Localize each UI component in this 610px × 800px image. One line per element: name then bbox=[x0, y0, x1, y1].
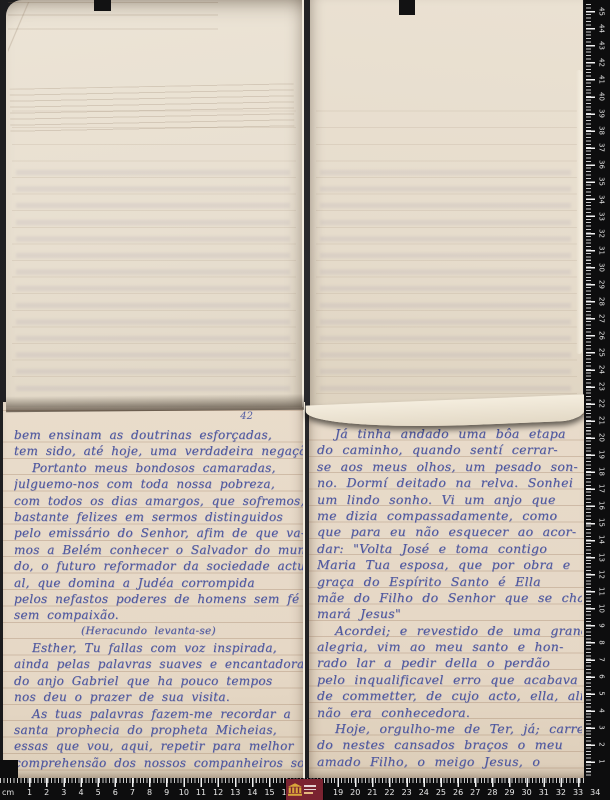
bleedthrough-ghost-text bbox=[16, 170, 290, 395]
ruler-number: 15 bbox=[593, 516, 610, 530]
manuscript-page-42: 42 bem ensinam as doutrinas esforçadas,t… bbox=[3, 402, 305, 778]
manuscript-line: que para eu não esquecer ao acor- bbox=[317, 524, 582, 540]
ruler-number: 1 bbox=[593, 755, 610, 769]
page-gap-notch bbox=[399, 0, 415, 15]
ruler-number: 2 bbox=[593, 738, 610, 752]
manuscript-line: alegria, vim ao meu santo e hon- bbox=[317, 639, 582, 655]
manuscript-line: se aos meus olhos, um pesado son- bbox=[317, 459, 582, 475]
manuscript-line: não era conhecedora. bbox=[317, 705, 582, 721]
manuscript-line: (Heracundo levanta-se) bbox=[14, 625, 303, 641]
ruler-number: 5 bbox=[90, 788, 107, 797]
ruler-number: 17 bbox=[593, 482, 610, 496]
ruler-number: 34 bbox=[587, 788, 604, 797]
ruler-number: 20 bbox=[347, 788, 364, 797]
ruler-number: 15 bbox=[261, 788, 278, 797]
ruler-number: 21 bbox=[364, 788, 381, 797]
ruler-number: 8 bbox=[593, 635, 610, 649]
ruler-number: 22 bbox=[593, 397, 610, 411]
manuscript-line: de commetter, de cujo acto, ella, aliás, bbox=[317, 688, 582, 704]
ruler-number: 25 bbox=[593, 345, 610, 359]
ruler-number: 21 bbox=[593, 414, 610, 428]
vertical-cm-ruler: 4544434241403938373635343332313029282726… bbox=[584, 0, 610, 800]
manuscript-line: graça do Espírito Santo é Ella bbox=[317, 574, 582, 590]
manuscript-page-91: 91 Já tinha andado uma bôa etapado camin… bbox=[309, 408, 584, 778]
manuscript-line: pelo inqualificavel erro que acabava bbox=[317, 672, 582, 688]
manuscript-line: bastante felizes em sermos distinguidos bbox=[14, 510, 303, 526]
ruler-number: 16 bbox=[593, 499, 610, 513]
manuscript-line: Esther, Tu fallas com voz inspirada, bbox=[14, 641, 303, 657]
ruler-number: 11 bbox=[192, 788, 209, 797]
page-curl-shadow bbox=[6, 394, 304, 413]
manuscript-line: nos deu o prazer de sua visita. bbox=[14, 690, 303, 706]
ruler-number: 38 bbox=[593, 124, 610, 138]
manuscript-line: rado lar a pedir della o perdão bbox=[317, 655, 582, 671]
manuscript-line: As tuas palavras fazem-me recordar a bbox=[14, 707, 303, 723]
ruler-number: 29 bbox=[593, 277, 610, 291]
ruler-number: 14 bbox=[593, 533, 610, 547]
manuscript-line: bem ensinam as doutrinas esforçadas, bbox=[14, 428, 303, 444]
ruler-number: 9 bbox=[158, 788, 175, 797]
badge-text-bars bbox=[304, 785, 316, 794]
manuscript-line: mãe do Filho do Senhor que se cha- bbox=[317, 590, 582, 606]
ruler-number: 30 bbox=[518, 788, 535, 797]
ruler-number: 39 bbox=[593, 107, 610, 121]
ruler-number: 32 bbox=[593, 226, 610, 240]
ruler-number: 23 bbox=[593, 380, 610, 394]
ruler-number: 28 bbox=[593, 294, 610, 308]
manuscript-line: do anjo Gabriel que ha pouco tempos bbox=[14, 674, 303, 690]
manuscript-line: me dizia compassadamente, como bbox=[317, 508, 582, 524]
page-number: 42 bbox=[240, 411, 253, 422]
manuscript-line: do nestes cansados braços o meu bbox=[317, 737, 582, 753]
ruler-number: 10 bbox=[593, 601, 610, 615]
ruler-number: 29 bbox=[501, 788, 518, 797]
page-stack-edges bbox=[8, 2, 218, 72]
manuscript-line: dar: "Volta José e toma contigo bbox=[317, 541, 582, 557]
manuscript-line: essas que vou, aqui, repetir para melhor bbox=[14, 739, 303, 755]
ruler-number: 24 bbox=[415, 788, 432, 797]
ruler-number: 27 bbox=[467, 788, 484, 797]
ruler-number: 12 bbox=[210, 788, 227, 797]
ruler-number: 14 bbox=[244, 788, 261, 797]
ruler-number: 18 bbox=[593, 465, 610, 479]
ruler-number: 37 bbox=[593, 141, 610, 155]
ruler-number: 31 bbox=[593, 243, 610, 257]
scanned-notebook: 42 bem ensinam as doutrinas esforçadas,t… bbox=[0, 0, 610, 800]
ruler-number: 27 bbox=[593, 311, 610, 325]
ruler-number: 19 bbox=[593, 448, 610, 462]
page-gap-notch bbox=[94, 0, 111, 11]
ruler-number: 11 bbox=[593, 584, 610, 598]
ruler-number: 12 bbox=[593, 567, 610, 581]
manuscript-line: Portanto meus bondosos camaradas, bbox=[14, 461, 303, 477]
page-verso-left bbox=[6, 0, 304, 407]
ruler-number: 24 bbox=[593, 363, 610, 377]
ruler-number: 31 bbox=[535, 788, 552, 797]
ruler-number: 8 bbox=[141, 788, 158, 797]
manuscript-text: Já tinha andado uma bôa etapado caminho,… bbox=[317, 426, 582, 770]
page-verso-right bbox=[310, 0, 583, 414]
ruler-number: 7 bbox=[124, 788, 141, 797]
ruler-number: 40 bbox=[593, 90, 610, 104]
ruler-number: 33 bbox=[570, 788, 587, 797]
ruler-number: 5 bbox=[593, 686, 610, 700]
manuscript-line: al, que domina a Judéa corrompida bbox=[14, 576, 303, 592]
ruler-number: 45 bbox=[593, 5, 610, 19]
manuscript-line: santa prophecia do propheta Micheias, bbox=[14, 723, 303, 739]
ruler-number: 3 bbox=[55, 788, 72, 797]
ruler-number: 6 bbox=[107, 788, 124, 797]
manuscript-line: mará Jesus" bbox=[317, 606, 582, 622]
ruler-number: 1 bbox=[21, 788, 38, 797]
ruler-number: 19 bbox=[330, 788, 347, 797]
manuscript-line: mos a Belém conhecer o Salvador do mun- bbox=[14, 543, 303, 559]
scan-corner-dark bbox=[0, 760, 18, 778]
ruler-numbers: 4544434241403938373635343332313029282726… bbox=[595, 3, 609, 770]
ruler-number: 6 bbox=[593, 669, 610, 683]
ruler-number: 26 bbox=[450, 788, 467, 797]
manuscript-line: sem compaixão. bbox=[14, 608, 303, 624]
manuscript-line: pelo emissário do Senhor, afim de que va… bbox=[14, 526, 303, 542]
manuscript-line: tem sido, até hoje, uma verdadeira negaç… bbox=[14, 444, 303, 460]
manuscript-line: amado Filho, o meigo Jesus, o bbox=[317, 754, 582, 770]
ruler-number: 36 bbox=[593, 158, 610, 172]
bleedthrough-ghost-text bbox=[320, 170, 571, 395]
manuscript-line: ainda pelas palavras suaves e encantador… bbox=[14, 657, 303, 673]
manuscript-line: Hoje, orgulho-me de Ter, já; carrega- bbox=[317, 721, 582, 737]
manuscript-line: Já tinha andado uma bôa etapa bbox=[317, 426, 582, 442]
ruler-number: 23 bbox=[398, 788, 415, 797]
manuscript-line: julguemo-nos com toda nossa pobreza, bbox=[14, 477, 303, 493]
ruler-number: 13 bbox=[593, 550, 610, 564]
ruler-number: 22 bbox=[381, 788, 398, 797]
ruler-number: 28 bbox=[484, 788, 501, 797]
ruler-number: 25 bbox=[432, 788, 449, 797]
ruler-number: 4 bbox=[72, 788, 89, 797]
ruler-number: 13 bbox=[227, 788, 244, 797]
ruler-number: 2 bbox=[38, 788, 55, 797]
ruler-number: 42 bbox=[593, 56, 610, 70]
ruler-number: 44 bbox=[593, 22, 610, 36]
manuscript-line: do, o futuro reformador da sociedade act… bbox=[14, 559, 303, 575]
ruler-number: 7 bbox=[593, 652, 610, 666]
ruler-number: 43 bbox=[593, 39, 610, 53]
ruler-number: 26 bbox=[593, 328, 610, 342]
ruler-number: 35 bbox=[593, 175, 610, 189]
ruler-number: 20 bbox=[593, 431, 610, 445]
archive-stamp-badge bbox=[286, 779, 323, 800]
manuscript-line: no. Dormí deitado na relva. Sonhei bbox=[317, 475, 582, 491]
ruler-number: 41 bbox=[593, 73, 610, 87]
manuscript-line: do caminho, quando sentí cerrar- bbox=[317, 442, 582, 458]
manuscript-line: com todos os dias amargos, que sofremos, bbox=[14, 494, 303, 510]
building-icon bbox=[288, 783, 302, 796]
ruler-number: 10 bbox=[175, 788, 192, 797]
manuscript-line: pelos nefastos poderes de homens sem fé … bbox=[14, 592, 303, 608]
ruler-number: 9 bbox=[593, 618, 610, 632]
page-edge-highlight bbox=[576, 70, 582, 354]
ruler-number: 3 bbox=[593, 720, 610, 734]
manuscript-line: Maria Tua esposa, que por obra e bbox=[317, 557, 582, 573]
manuscript-text: bem ensinam as doutrinas esforçadas,tem … bbox=[14, 428, 303, 772]
manuscript-line: Acordei; e revestido de uma grande bbox=[317, 623, 582, 639]
ruler-number: 33 bbox=[593, 209, 610, 223]
manuscript-line: um lindo sonho. Vi um anjo que bbox=[317, 492, 582, 508]
ruler-number: 32 bbox=[552, 788, 569, 797]
ruler-number: 4 bbox=[593, 703, 610, 717]
ruler-number: 34 bbox=[593, 192, 610, 206]
manuscript-line: comprehensão dos nossos companheiros so- bbox=[14, 756, 303, 772]
ruler-unit-label: cm bbox=[2, 788, 14, 797]
ruler-number: 30 bbox=[593, 260, 610, 274]
